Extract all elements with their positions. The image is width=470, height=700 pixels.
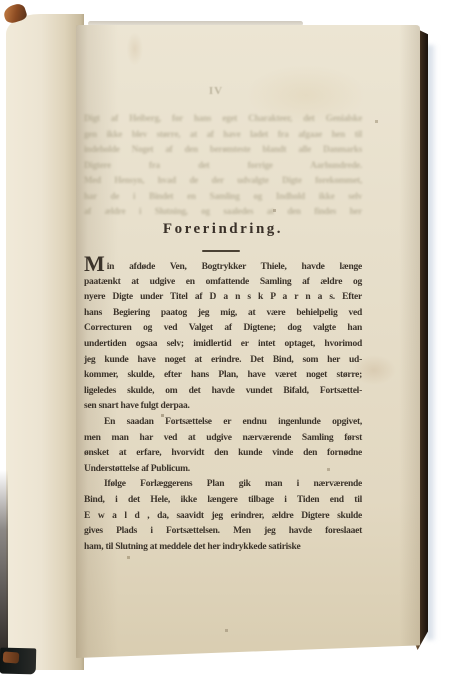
page-curl-edge [6,14,84,670]
text-line: nyere Digte under Titel af D a n s k P a… [84,290,362,306]
text-line: Ifølge Forlæggerens Plan gik man i nærvæ… [84,477,362,493]
text-line: E w a l d , da, saavidt jeg erindrer, æl… [84,509,362,525]
text-line: kommer, skulde, efter hans Plan, have væ… [84,368,362,384]
initial-capital: M [84,251,105,276]
text-line: En saadan Fortsættelse er endnu ingenlun… [84,415,362,431]
book-page: IV Digt af Heiberg, for hans eget Charak… [76,25,420,658]
book-photo: IV Digt af Heiberg, for hans eget Charak… [0,0,470,700]
heading-rule [202,250,240,252]
showthrough-line: Digt af Heiberg, for hans eget Charaktee… [84,111,362,127]
text-line: ham, til Slutning at meddele det her ind… [84,540,362,556]
text-line: undertiden ogsaa selv; imidlertid er int… [84,337,362,353]
text-line: Min afdøde Ven, Bogtrykker Thiele, havde… [84,259,362,275]
showthrough-line: af ældre i Slutning, og saaledes at den … [84,204,362,220]
text-line: paatænkt at udgive en omfattende Samling… [84,275,362,291]
text-line: gives Plads i Fortsættelsen. Men jeg hav… [84,524,362,540]
book-cover-edge-left [0,470,8,670]
book-edge-shadow [427,45,437,640]
verso-showthrough-text: Digt af Heiberg, for hans eget Charaktee… [84,111,362,220]
text-line: Bind, i det Hele, ikke længere tilbage i… [84,493,362,509]
text-line: jeg kunde have noget at erindre. Det Bin… [84,353,362,369]
showthrough-line: Med Hensyn, hvad de der udvalgte Digte f… [84,173,362,189]
text-line: ønsket at erfare, hvorvidt den kunde vin… [84,446,362,462]
text-line: men man har ved at udgive nærværende Sam… [84,431,362,447]
text-line: ligeledes skulde, om det havde vundet Bi… [84,384,362,400]
page-number: IV [186,85,246,97]
text-line: Correcturen og ved Valget af Digtene; do… [84,321,362,337]
showthrough-line: Digtere fra det forrige Aarhundrede. [84,158,362,174]
spine-leather-corner [3,651,20,663]
showthrough-line: har de i Bindet en Samling og Indhold ik… [84,189,362,205]
text-line: hans Begiering paatog jeg mig, at være b… [84,306,362,322]
text-line: Understøttelse af Publicum. [84,462,362,478]
paper-specks [76,25,77,26]
body-text: Min afdøde Ven, Bogtrykker Thiele, havde… [84,259,362,555]
chapter-heading: Forerindring. [84,221,362,238]
text-line: sen snart have fulgt derpaa. [84,399,362,415]
showthrough-line: indeholde Noget af den berømteste blandt… [84,142,362,158]
showthrough-line: gen ikke blev større, at af have ladet f… [84,127,362,143]
